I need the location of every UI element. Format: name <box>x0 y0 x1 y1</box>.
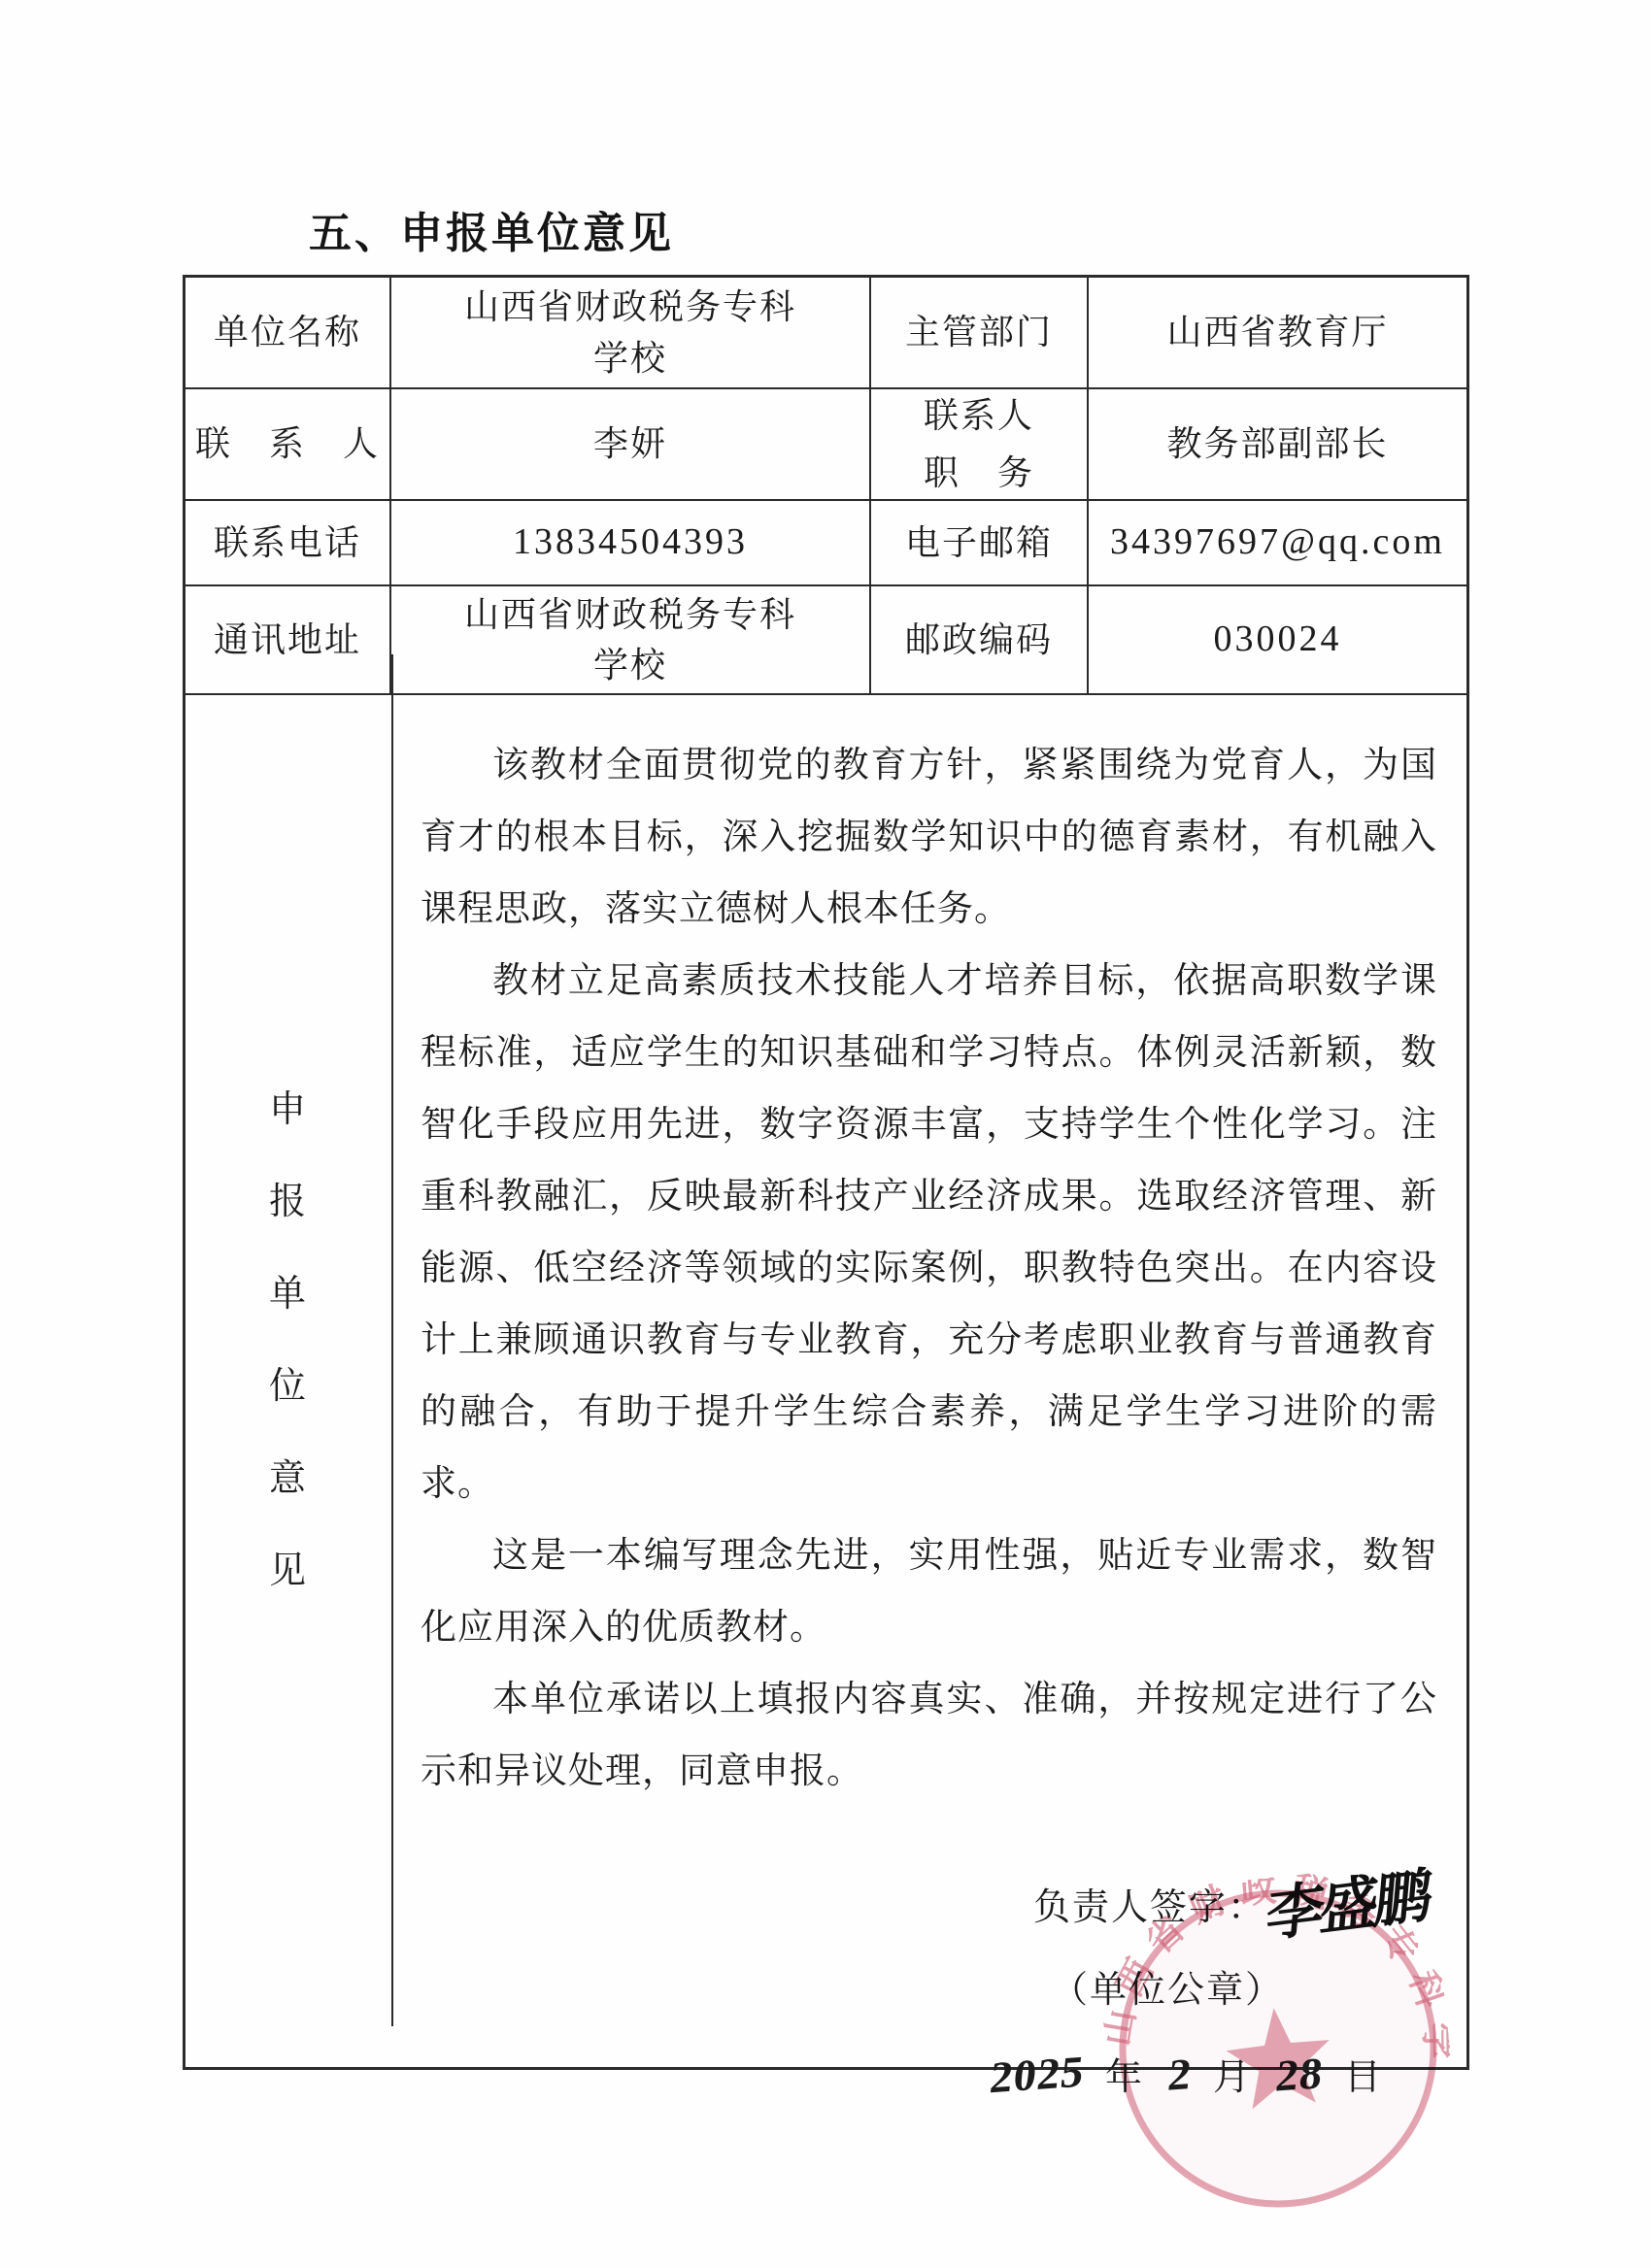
side-label-char: 见 <box>269 1552 308 1589</box>
section-title: 五、申报单位意见 <box>309 198 674 260</box>
date-month-unit: 月 <box>1213 2057 1256 2098</box>
opinion-paragraph-4: 本单位承诺以上填报内容真实、准确，并按规定进行了公示和异议处理，同意申报。 <box>421 1664 1437 1808</box>
contact-label: 联 系 人 <box>185 389 391 499</box>
phone-label: 联系电话 <box>185 501 391 584</box>
address-text: 山西省财政税务专科学校 <box>450 589 811 690</box>
date-year-unit: 年 <box>1105 2057 1148 2098</box>
signature-handwriting: 李盛鹏 <box>1263 1853 1432 1959</box>
table-row-phone: 联系电话 13834504393 电子邮箱 34397697@qq.com <box>185 501 1466 586</box>
date-day-unit: 日 <box>1344 2057 1387 2098</box>
date-day: 28 <box>1273 2042 1328 2110</box>
side-label-char: 报 <box>269 1184 308 1220</box>
contact-title-label-line1: 联系人 <box>924 390 1034 441</box>
opinion-paragraph-2: 教材立足高素质技术技能人才培养目标，依据高职数学课程标准，适应学生的知识基础和学… <box>421 946 1437 1520</box>
opinion-content: 该教材全面贯彻党的教育方针，紧紧围绕为党育人，为国育才的根本目标，深入挖掘数学知… <box>393 695 1466 2067</box>
seal-note: （单位公章） <box>421 1964 1437 2018</box>
email-value: 34397697@qq.com <box>1089 501 1466 584</box>
opinion-paragraph-1: 该教材全面贯彻党的教育方针，紧紧围绕为党育人，为国育才的根本目标，深入挖掘数学知… <box>421 730 1437 946</box>
date-year: 2025 <box>987 2040 1088 2111</box>
phone-value: 13834504393 <box>391 501 871 584</box>
contact-title-label: 联系人 职 务 <box>871 389 1089 499</box>
side-label-char: 位 <box>269 1368 308 1405</box>
opinion-side-label: 申 报 单 位 意 见 <box>185 654 393 2026</box>
date-row: 2025 年 2 月 28 日 <box>421 2043 1437 2108</box>
contact-title-label-lines: 联系人 职 务 <box>924 390 1034 497</box>
contact-value: 李妍 <box>391 389 871 499</box>
scanned-form-page: 五、申报单位意见 单位名称 山西省财政税务专科学校 主管部门 山西省教育厅 联 … <box>0 0 1651 2268</box>
table-row-opinion: 申 报 单 位 意 见 该教材全面贯彻党的教育方针，紧紧围绕为党育人，为国育才的… <box>185 695 1466 2067</box>
signature-label: 负责人签字： <box>1033 1887 1266 1928</box>
table-row-contact: 联 系 人 李妍 联系人 职 务 教务部副部长 <box>185 389 1466 501</box>
signature-row: 负责人签字：李盛鹏 <box>421 1858 1437 1943</box>
side-label-char: 意 <box>269 1460 308 1497</box>
address-value: 山西省财政税务专科学校 <box>391 586 871 693</box>
contact-title-value: 教务部副部长 <box>1089 389 1466 499</box>
postcode-value: 030024 <box>1089 586 1466 693</box>
contact-title-label-line2: 职 务 <box>924 448 1034 498</box>
date-month: 2 <box>1165 2042 1196 2108</box>
unit-name-value: 山西省财政税务专科学校 <box>391 278 871 387</box>
unit-name-text: 山西省财政税务专科学校 <box>450 282 811 383</box>
side-label-char: 申 <box>269 1091 308 1128</box>
unit-name-label: 单位名称 <box>185 278 391 387</box>
info-table: 单位名称 山西省财政税务专科学校 主管部门 山西省教育厅 联 系 人 李妍 联系… <box>183 275 1469 2070</box>
postcode-label: 邮政编码 <box>871 586 1089 693</box>
opinion-paragraph-3: 这是一本编写理念先进，实用性强，贴近专业需求，数智化应用深入的优质教材。 <box>421 1520 1437 1664</box>
email-label: 电子邮箱 <box>871 501 1089 584</box>
table-row-unit: 单位名称 山西省财政税务专科学校 主管部门 山西省教育厅 <box>185 278 1466 389</box>
side-label-char: 单 <box>269 1276 308 1313</box>
dept-label: 主管部门 <box>871 278 1089 387</box>
dept-value: 山西省教育厅 <box>1089 278 1466 387</box>
